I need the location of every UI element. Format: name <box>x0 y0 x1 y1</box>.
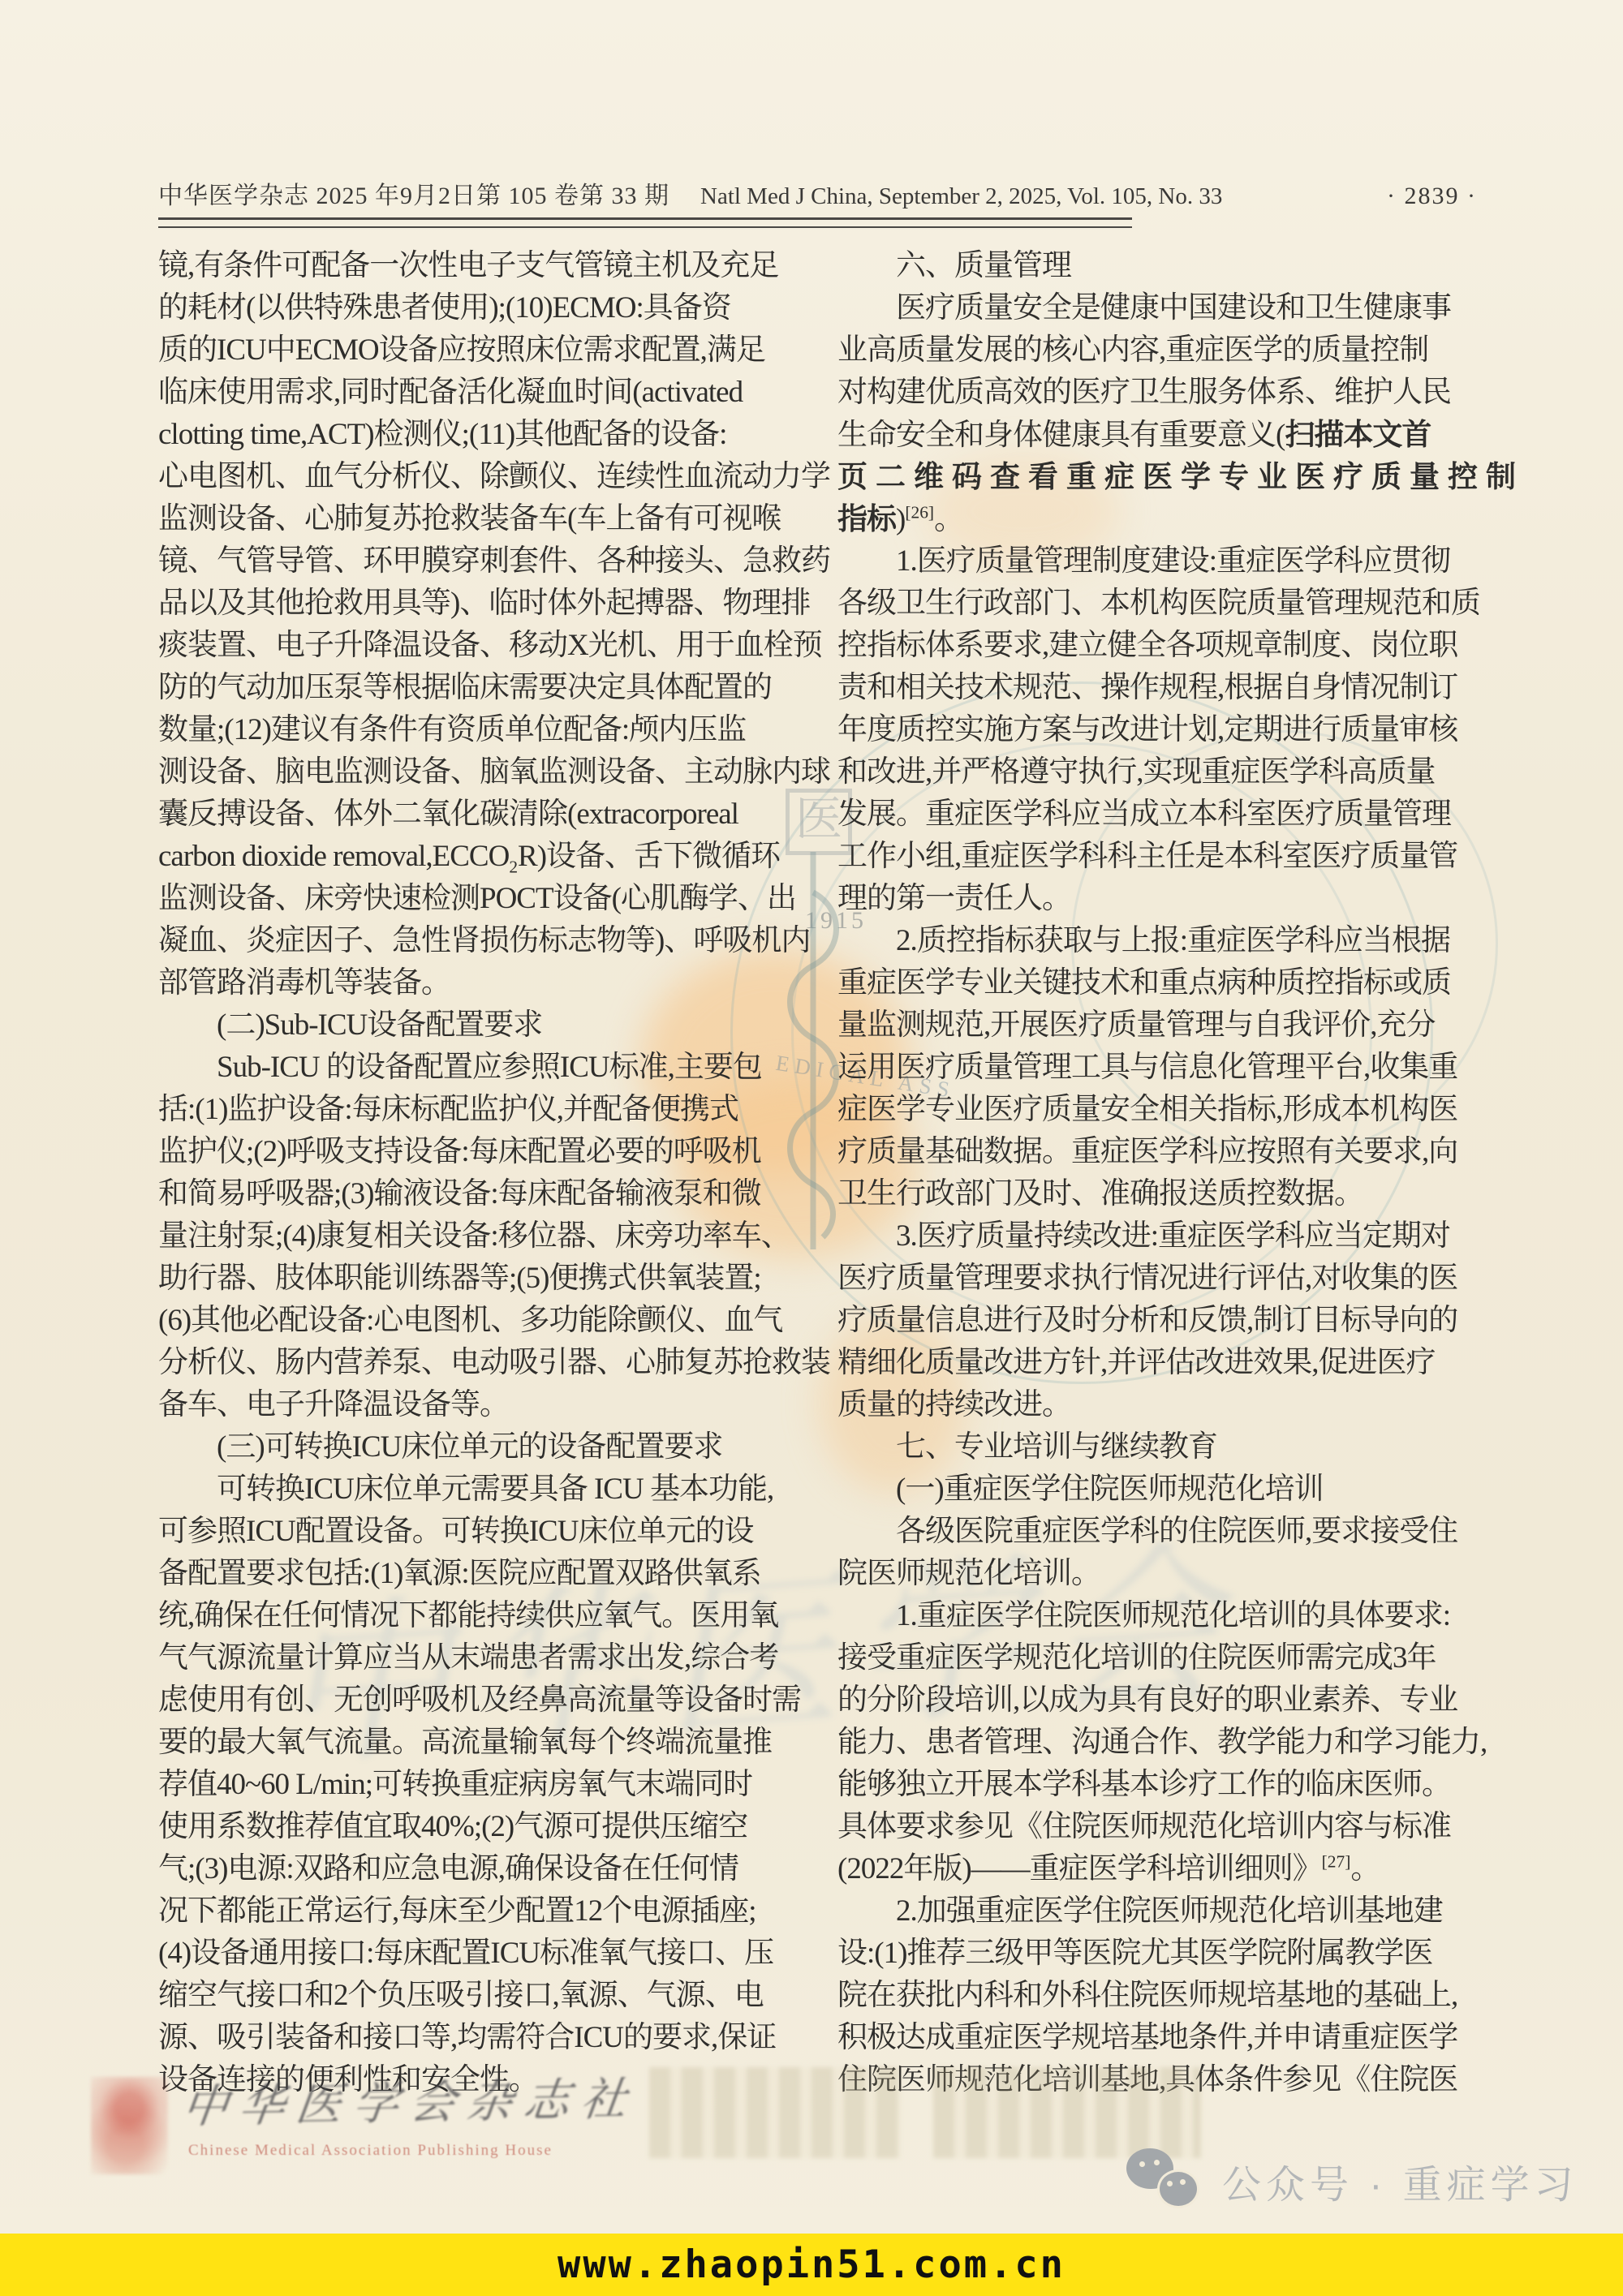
text-line: 分析仪、肠内营养泵、电动吸引器、心肺复苏抢救装 <box>158 1342 807 1384</box>
text-line: 质的ICU中ECMO设备应按照床位需求配置,满足 <box>158 329 807 372</box>
left-column: 镜,有条件可配备一次性电子支气管镜主机及充足的耗材(以供特殊患者使用);(10)… <box>158 245 807 2101</box>
text-line: 2.加强重症医学住院医师规范化培训基地建 <box>837 1890 1487 1933</box>
text-line: 防的气动加压泵等根据临床需要决定具体配置的 <box>158 667 807 709</box>
text-line: 医疗质量管理要求执行情况进行评估,对收集的医 <box>837 1258 1487 1300</box>
text-line: 监测设备、心肺复苏抢救装备车(车上备有可视喉 <box>158 498 807 540</box>
text-line: 凝血、炎症因子、急性肾损伤标志物等)、呼吸机内 <box>158 920 807 962</box>
text-line: 疗质量信息进行及时分析和反馈,制订目标导向的 <box>837 1300 1487 1342</box>
text-line: 使用系数推荐值宜取40%;(2)气源可提供压缩空 <box>158 1806 807 1848</box>
text-line: 括:(1)监护设备:每床标配监护仪,并配备便携式 <box>158 1089 807 1131</box>
text-line: (二)Sub-ICU设备配置要求 <box>158 1004 807 1047</box>
text-line: 临床使用需求,同时配备活化凝血时间(activated <box>158 372 807 414</box>
text-line: 缩空气接口和2个负压吸引接口,氧源、气源、电 <box>158 1975 807 2017</box>
website-url: www.zhaopin51.com.cn <box>558 2242 1065 2287</box>
text-line: 症医学专业医疗质量安全相关指标,形成本机构医 <box>837 1089 1487 1131</box>
text-line: 1.医疗质量管理制度建设:重症医学科应贯彻 <box>837 540 1487 583</box>
text-line: 控指标体系要求,建立健全各项规章制度、岗位职 <box>837 625 1487 667</box>
text-line: 气;(3)电源:双路和应急电源,确保设备在任何情 <box>158 1848 807 1890</box>
text-line: 数量;(12)建议有条件有资质单位配备:颅内压监 <box>158 709 807 751</box>
text-line: 镜,有条件可配备一次性电子支气管镜主机及充足 <box>158 245 807 287</box>
text-line: 业高质量发展的核心内容,重症医学的质量控制 <box>837 329 1487 372</box>
text-line: (6)其他必配设备:心电图机、多功能除颤仪、血气 <box>158 1300 807 1342</box>
text-line: 页二维码查看重症医学专业医疗质量控制 <box>837 456 1487 498</box>
text-line: 发展。重症医学科应当成立本科室医疗质量管理 <box>837 793 1487 836</box>
text-line: 镜、气管导管、环甲膜穿刺套件、各种接头、急救药 <box>158 540 807 583</box>
text-line: (2022年版)——重症医学科培训细则》[27]。 <box>837 1848 1487 1890</box>
text-line: 生命安全和身体健康具有重要意义(扫描本文首 <box>837 414 1487 456</box>
text-line: 监测设备、床旁快速检测POCT设备(心肌酶学、出 <box>158 878 807 920</box>
faded-stamp <box>933 2067 1201 2158</box>
text-line: 监护仪;(2)呼吸支持设备:每床配置必要的呼吸机 <box>158 1131 807 1173</box>
text-line: 院医师规范化培训。 <box>837 1553 1487 1595</box>
text-line: 理的第一责任人。 <box>837 878 1487 920</box>
text-line: 荐值40~60 L/min;可转换重症病房氧气末端同时 <box>158 1764 807 1806</box>
text-line: 具体要求参见《住院医师规范化培训内容与标准 <box>837 1806 1487 1848</box>
wechat-banner: 公众号 · 重症学习 <box>1126 2148 1578 2213</box>
text-line: 况下都能正常运行,每床至少配置12个电源插座; <box>158 1890 807 1933</box>
text-line: 部管路消毒机等装备。 <box>158 962 807 1004</box>
text-line: 接受重症医学规范化培训的住院医师需完成3年 <box>837 1637 1487 1679</box>
text-line: 六、质量管理 <box>837 245 1487 287</box>
text-line: 能力、患者管理、沟通合作、教学能力和学习能力, <box>837 1722 1487 1764</box>
text-line: 和改进,并严格遵守执行,实现重症医学科高质量 <box>837 751 1487 793</box>
text-line: 可转换ICU床位单元需要具备 ICU 基本功能, <box>158 1468 807 1511</box>
journal-title-zh: 中华医学杂志 2025 年9月2日第 105 卷第 33 期 <box>158 175 669 211</box>
text-line: 设:(1)推荐三级甲等医院尤其医学院附属教学医 <box>837 1933 1487 1975</box>
text-line: 疗质量基础数据。重症医学科应按照有关要求,向 <box>837 1131 1487 1173</box>
journal-page: 医 1915 EDICAL ASS 中华医学会 中华医学杂志 2025 年9月2… <box>0 0 1623 2296</box>
faded-stamp <box>649 2067 901 2158</box>
text-line: 痰装置、电子升降温设备、移动X光机、用于血栓预 <box>158 625 807 667</box>
text-line: 积极达成重症医学规培基地条件,并申请重症医学 <box>837 2017 1487 2059</box>
text-line: 对构建优质高效的医疗卫生服务体系、维护人民 <box>837 372 1487 414</box>
text-line: 可参照ICU配置设备。可转换ICU床位单元的设 <box>158 1511 807 1553</box>
text-line: 囊反搏设备、体外二氧化碳清除(extracorporeal <box>158 793 807 836</box>
publisher-name-zh: 中华医学会杂志社 <box>179 2063 642 2136</box>
text-line: 能够独立开展本学科基本诊疗工作的临床医师。 <box>837 1764 1487 1806</box>
text-line: (三)可转换ICU床位单元的设备配置要求 <box>158 1426 807 1468</box>
publisher-emblem <box>91 2077 168 2174</box>
text-line: 精细化质量改进方针,并评估改进效果,促进医疗 <box>837 1342 1487 1384</box>
publisher-name-en: Chinese Medical Association Publishing H… <box>188 2142 553 2160</box>
page-number: · 2839 · <box>1387 183 1477 210</box>
text-line: 运用医疗质量管理工具与信息化管理平台,收集重 <box>837 1047 1487 1089</box>
text-line: 气气源流量计算应当从末端患者需求出发,综合考 <box>158 1637 807 1679</box>
text-line: 统,确保在任何情况下都能持续供应氧气。医用氧 <box>158 1595 807 1637</box>
journal-title-en: Natl Med J China, September 2, 2025, Vol… <box>700 183 1222 210</box>
text-line: 心电图机、血气分析仪、除颤仪、连续性血流动力学 <box>158 456 807 498</box>
text-line: carbon dioxide removal,ECCO2R)设备、舌下微循环 <box>158 836 807 878</box>
text-line: 虑使用有创、无创呼吸机及经鼻高流量等设备时需 <box>158 1679 807 1722</box>
text-line: 院在获批内科和外科住院医师规培基地的基础上, <box>837 1975 1487 2017</box>
text-line: 备配置要求包括:(1)氧源:医院应配置双路供氧系 <box>158 1553 807 1595</box>
text-line: 品以及其他抢救用具等)、临时体外起搏器、物理排 <box>158 583 807 625</box>
wechat-account-label: 公众号 · 重症学习 <box>1222 2153 1578 2209</box>
text-line: 责和相关技术规范、操作规程,根据自身情况制订 <box>837 667 1487 709</box>
text-line: (4)设备通用接口:每床配置ICU标准氧气接口、压 <box>158 1933 807 1975</box>
text-line: 要的最大氧气流量。高流量输氧每个终端流量推 <box>158 1722 807 1764</box>
text-line: 源、吸引装备和接口等,均需符合ICU的要求,保证 <box>158 2017 807 2059</box>
text-line: 年度质控实施方案与改进计划,定期进行质量审核 <box>837 709 1487 751</box>
bottom-url-bar: www.zhaopin51.com.cn <box>0 2234 1623 2296</box>
text-line: 量监测规范,开展医疗质量管理与自我评价,充分 <box>837 1004 1487 1047</box>
right-column: 六、质量管理 医疗质量安全是健康中国建设和卫生健康事业高质量发展的核心内容,重症… <box>837 245 1487 2101</box>
text-line: 测设备、脑电监测设备、脑氧监测设备、主动脉内球 <box>158 751 807 793</box>
text-line: 各级医院重症医学科的住院医师,要求接受住 <box>837 1511 1487 1553</box>
text-line: 和简易呼吸器;(3)输液设备:每床配备输液泵和微 <box>158 1173 807 1215</box>
text-line: (一)重症医学住院医师规范化培训 <box>837 1468 1487 1511</box>
text-line: 指标)[26]。 <box>837 498 1487 540</box>
page-header: 中华医学杂志 2025 年9月2日第 105 卷第 33 期 Natl Med … <box>158 175 1477 211</box>
text-line: 的耗材(以供特殊患者使用);(10)ECMO:具备资 <box>158 287 807 329</box>
wechat-icon <box>1126 2148 1204 2213</box>
text-line: 质量的持续改进。 <box>837 1384 1487 1426</box>
header-divider <box>158 217 1132 228</box>
text-line: 3.医疗质量持续改进:重症医学科应当定期对 <box>837 1215 1487 1258</box>
text-line: 2.质控指标获取与上报:重症医学科应当根据 <box>837 920 1487 962</box>
text-line: Sub-ICU 的设备配置应参照ICU标准,主要包 <box>158 1047 807 1089</box>
text-line: 卫生行政部门及时、准确报送质控数据。 <box>837 1173 1487 1215</box>
text-line: 1.重症医学住院医师规范化培训的具体要求: <box>837 1595 1487 1637</box>
text-line: 量注射泵;(4)康复相关设备:移位器、床旁功率车、 <box>158 1215 807 1258</box>
text-line: 各级卫生行政部门、本机构医院质量管理规范和质 <box>837 583 1487 625</box>
text-line: 七、专业培训与继续教育 <box>837 1426 1487 1468</box>
text-line: clotting time,ACT)检测仪;(11)其他配备的设备: <box>158 414 807 456</box>
text-line: 助行器、肢体职能训练器等;(5)便携式供氧装置; <box>158 1258 807 1300</box>
text-line: 医疗质量安全是健康中国建设和卫生健康事 <box>837 287 1487 329</box>
text-line: 备车、电子升降温设备等。 <box>158 1384 807 1426</box>
text-line: 工作小组,重症医学科科主任是本科室医疗质量管 <box>837 836 1487 878</box>
text-line: 的分阶段培训,以成为具有良好的职业素养、专业 <box>837 1679 1487 1722</box>
text-line: 重症医学专业关键技术和重点病种质控指标或质 <box>837 962 1487 1004</box>
